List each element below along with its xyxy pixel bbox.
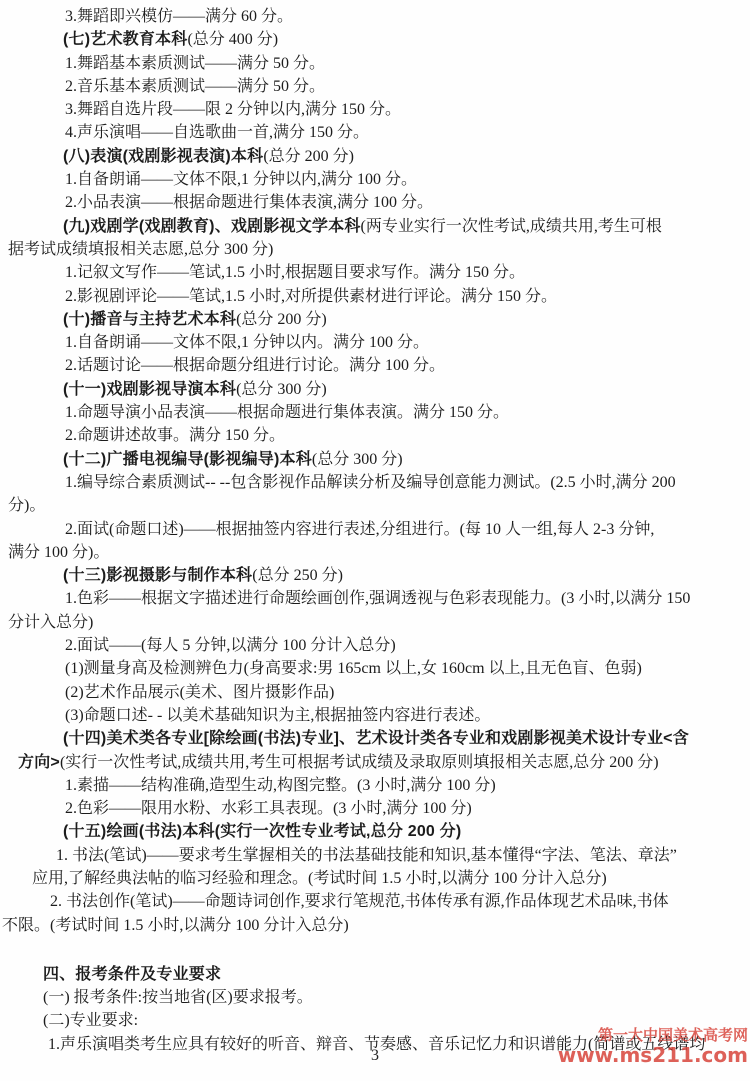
text-line: (二)专业要求: (2, 1009, 747, 1032)
line-text: 2.话题讨论——根据命题分组进行讨论。满分 100 分。 (65, 357, 445, 374)
line-text: 2.色彩——限用水粉、水彩工具表现。(3 小时,满分 100 分) (65, 800, 472, 817)
text-line: 2.话题讨论——根据命题分组进行讨论。满分 100 分。 (2, 354, 747, 377)
heading-bold-text: 方向> (18, 754, 60, 771)
line-text: (总分 250 分) (252, 567, 343, 584)
line-text: 1.编导综合素质测试-- --包含影视作品解读分析及编导创意能力测试。(2.5 … (65, 474, 676, 491)
line-text: 2.面试(命题口述)——根据抽签内容进行表述,分组进行。(每 10 人一组,每人… (65, 521, 654, 538)
line-text: (实行一次性考试,成绩共用,考生可根据考试成绩及录取原则填报相关志愿,总分 20… (60, 754, 659, 771)
text-line: 1.命题导演小品表演——根据命题进行集体表演。满分 150 分。 (2, 401, 747, 424)
text-line: 据考试成绩填报相关志愿,总分 300 分) (2, 238, 747, 261)
heading-line: (九)戏剧学(戏剧教育)、戏剧影视文学本科(两专业实行一次性考试,成绩共用,考生… (2, 215, 747, 238)
line-text: (一) 报考条件:按当地省(区)要求报考。 (43, 989, 313, 1006)
line-text: (总分 400 分) (187, 31, 278, 48)
line-text: (总分 200 分) (236, 311, 327, 328)
line-text: 不限。(考试时间 1.5 小时,以满分 100 分计入总分) (2, 917, 349, 934)
line-text: 1.舞蹈基本素质测试——满分 50 分。 (65, 55, 325, 72)
line-text: 2.命题讲述故事。满分 150 分。 (65, 427, 285, 444)
line-text: 1. 书法(笔试)——要求考生掌握相关的书法基础技能和知识,基本懂得“字法、笔法… (56, 847, 677, 864)
text-line: (1)测量身高及检测辨色力(身高要求:男 165cm 以上,女 160cm 以上… (2, 657, 747, 680)
heading-bold-text: 四、报考条件及专业要求 (43, 966, 221, 983)
text-line: 2.音乐基本素质测试——满分 50 分。 (2, 75, 747, 98)
line-text: (两专业实行一次性考试,成绩共用,考生可根 (361, 218, 662, 235)
line-text: 2.面试——(每人 5 分钟,以满分 100 分计入总分) (65, 637, 396, 654)
text-line: 1.自备朗诵——文体不限,1 分钟以内。满分 100 分。 (2, 331, 747, 354)
blank-line (2, 937, 747, 963)
heading-bold-text: (十二)广播电视编导(影视编导)本科 (63, 451, 312, 468)
text-line: 1.编导综合素质测试-- --包含影视作品解读分析及编导创意能力测试。(2.5 … (2, 471, 747, 494)
text-line: 不限。(考试时间 1.5 小时,以满分 100 分计入总分) (2, 914, 747, 937)
text-line: (2)艺术作品展示(美术、图片摄影作品) (2, 681, 747, 704)
page-number: 3 (0, 1047, 750, 1065)
heading-bold-text: (八)表演(戏剧影视表演)本科 (63, 148, 263, 165)
document-body: 3.舞蹈即兴模仿——满分 60 分。(七)艺术教育本科(总分 400 分)1.舞… (2, 5, 747, 1056)
line-text: (二)专业要求: (43, 1012, 138, 1029)
heading-line: 方向>(实行一次性考试,成绩共用,考生可根据考试成绩及录取原则填报相关志愿,总分… (2, 751, 747, 774)
heading-line: (十二)广播电视编导(影视编导)本科(总分 300 分) (2, 448, 747, 471)
text-line: 3.舞蹈即兴模仿——满分 60 分。 (2, 5, 747, 28)
heading-bold-text: (十三)影视摄影与制作本科 (63, 567, 252, 584)
line-text: 1.自备朗诵——文体不限,1 分钟以内,满分 100 分。 (65, 171, 417, 188)
text-line: (一) 报考条件:按当地省(区)要求报考。 (2, 986, 747, 1009)
heading-line: (十)播音与主持艺术本科(总分 200 分) (2, 308, 747, 331)
line-text: 1.记叙文写作——笔试,1.5 小时,根据题目要求写作。满分 150 分。 (65, 264, 525, 281)
text-line: 2.面试——(每人 5 分钟,以满分 100 分计入总分) (2, 634, 747, 657)
heading-line: (十五)绘画(书法)本科(实行一次性专业考试,总分 200 分) (2, 820, 747, 843)
line-text: 分)。 (8, 497, 45, 514)
heading-line: (八)表演(戏剧影视表演)本科(总分 200 分) (2, 145, 747, 168)
line-text: 1.命题导演小品表演——根据命题进行集体表演。满分 150 分。 (65, 404, 509, 421)
text-line: 满分 100 分)。 (2, 541, 747, 564)
text-line: (3)命题口述- - 以美术基础知识为主,根据抽签内容进行表述。 (2, 704, 747, 727)
heading-bold-text: (十五)绘画(书法)本科(实行一次性专业考试,总分 200 分) (63, 823, 461, 840)
line-text: 1.素描——结构准确,造型生动,构图完整。(3 小时,满分 100 分) (65, 777, 496, 794)
line-text: 3.舞蹈自选片段——限 2 分钟以内,满分 150 分。 (65, 101, 401, 118)
text-line: 1.自备朗诵——文体不限,1 分钟以内,满分 100 分。 (2, 168, 747, 191)
line-text: 1.色彩——根据文字描述进行命题绘画创作,强调透视与色彩表现能力。(3 小时,以… (65, 590, 690, 607)
text-line: 2. 书法创作(笔试)——命题诗词创作,要求行笔规范,书体传承有源,作品体现艺术… (2, 890, 747, 913)
line-text: (1)测量身高及检测辨色力(身高要求:男 165cm 以上,女 160cm 以上… (65, 660, 642, 677)
heading-line: (十一)戏剧影视导演本科(总分 300 分) (2, 378, 747, 401)
text-line: 2.面试(命题口述)——根据抽签内容进行表述,分组进行。(每 10 人一组,每人… (2, 518, 747, 541)
line-text: (总分 300 分) (312, 451, 403, 468)
heading-line: (七)艺术教育本科(总分 400 分) (2, 28, 747, 51)
line-text: 满分 100 分)。 (8, 544, 109, 561)
line-text: 据考试成绩填报相关志愿,总分 300 分) (8, 241, 273, 258)
heading-line: 四、报考条件及专业要求 (2, 963, 747, 986)
line-text: (3)命题口述- - 以美术基础知识为主,根据抽签内容进行表述。 (65, 707, 490, 724)
line-text: 应用,了解经典法帖的临习经验和理念。(考试时间 1.5 小时,以满分 100 分… (32, 870, 607, 887)
line-text: 分计入总分) (8, 614, 93, 631)
line-text: (2)艺术作品展示(美术、图片摄影作品) (65, 684, 334, 701)
text-line: 3.舞蹈自选片段——限 2 分钟以内,满分 150 分。 (2, 98, 747, 121)
line-text: 2.小品表演——根据命题进行集体表演,满分 100 分。 (65, 194, 433, 211)
document-page: 3.舞蹈即兴模仿——满分 60 分。(七)艺术教育本科(总分 400 分)1.舞… (0, 0, 750, 1081)
text-line: 2.命题讲述故事。满分 150 分。 (2, 424, 747, 447)
line-text: 2.音乐基本素质测试——满分 50 分。 (65, 78, 325, 95)
line-text: 3.舞蹈即兴模仿——满分 60 分。 (65, 8, 293, 25)
text-line: 2.色彩——限用水粉、水彩工具表现。(3 小时,满分 100 分) (2, 797, 747, 820)
heading-line: (十四)美术类各专业[除绘画(书法)专业]、艺术设计类各专业和戏剧影视美术设计专… (2, 727, 747, 750)
line-text: 2. 书法创作(笔试)——命题诗词创作,要求行笔规范,书体传承有源,作品体现艺术… (50, 893, 669, 910)
heading-bold-text: (十)播音与主持艺术本科 (63, 311, 236, 328)
text-line: 分)。 (2, 494, 747, 517)
line-text: (总分 200 分) (263, 148, 354, 165)
heading-bold-text: (七)艺术教育本科 (63, 31, 187, 48)
text-line: 1.记叙文写作——笔试,1.5 小时,根据题目要求写作。满分 150 分。 (2, 261, 747, 284)
text-line: 分计入总分) (2, 611, 747, 634)
heading-bold-text: (十四)美术类各专业[除绘画(书法)专业]、艺术设计类各专业和戏剧影视美术设计专… (63, 730, 689, 747)
line-text: 4.声乐演唱——自选歌曲一首,满分 150 分。 (65, 124, 369, 141)
text-line: 1.素描——结构准确,造型生动,构图完整。(3 小时,满分 100 分) (2, 774, 747, 797)
text-line: 应用,了解经典法帖的临习经验和理念。(考试时间 1.5 小时,以满分 100 分… (2, 867, 747, 890)
text-line: 4.声乐演唱——自选歌曲一首,满分 150 分。 (2, 121, 747, 144)
text-line: 2.小品表演——根据命题进行集体表演,满分 100 分。 (2, 191, 747, 214)
text-line: 1. 书法(笔试)——要求考生掌握相关的书法基础技能和知识,基本懂得“字法、笔法… (2, 844, 747, 867)
text-line: 1.舞蹈基本素质测试——满分 50 分。 (2, 52, 747, 75)
line-text: (总分 300 分) (236, 381, 327, 398)
heading-bold-text: (十一)戏剧影视导演本科 (63, 381, 236, 398)
text-line: 2.影视剧评论——笔试,1.5 小时,对所提供素材进行评论。满分 150 分。 (2, 285, 747, 308)
heading-bold-text: (九)戏剧学(戏剧教育)、戏剧影视文学本科 (63, 218, 361, 235)
heading-line: (十三)影视摄影与制作本科(总分 250 分) (2, 564, 747, 587)
line-text: 1.自备朗诵——文体不限,1 分钟以内。满分 100 分。 (65, 334, 429, 351)
text-line: 1.色彩——根据文字描述进行命题绘画创作,强调透视与色彩表现能力。(3 小时,以… (2, 587, 747, 610)
line-text: 2.影视剧评论——笔试,1.5 小时,对所提供素材进行评论。满分 150 分。 (65, 288, 557, 305)
